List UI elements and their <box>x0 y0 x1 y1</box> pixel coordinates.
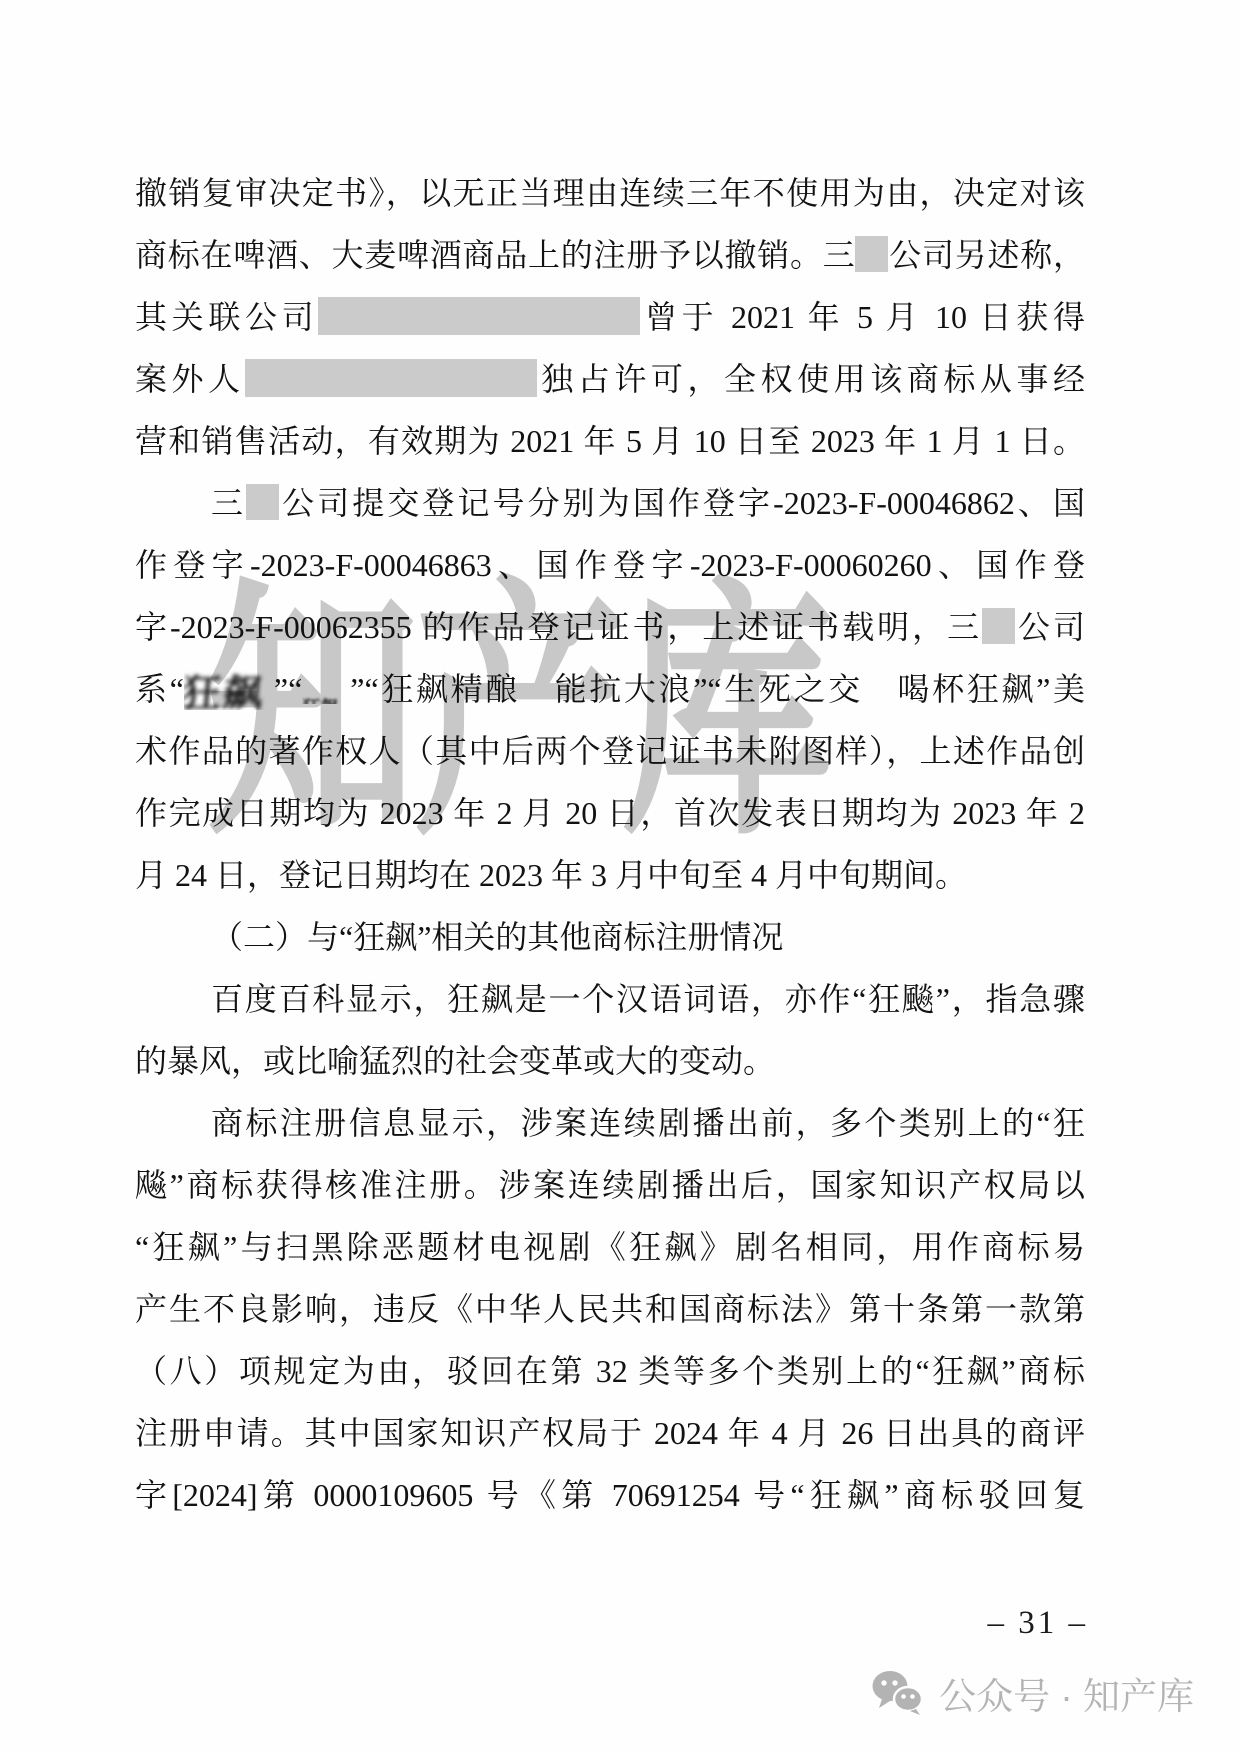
text-run: “狂飙”与扫黑除恶题材电视剧《狂飙》剧名相同，用作商标易 <box>135 1229 1085 1265</box>
text-run: ”“ <box>274 671 302 707</box>
document-line: 术作品的著作权人（其中后两个登记证书未附图样），上述作品创 <box>135 720 1085 782</box>
footer-label: 公众号 · 知产库 <box>939 1666 1194 1720</box>
text-run: 百度百科显示，狂飙是一个汉语词语，亦作“狂飈”，指急骤 <box>211 981 1085 1017</box>
page-number: – 31 – <box>988 1605 1089 1642</box>
document-line: 系“狂飙”“狂飙”“狂飙精酿 能抗大浪”“生死之交 喝杯狂飙”美 <box>135 658 1085 720</box>
document-content: 撤销复审决定书》，以无正当理由连续三年不使用为由，决定对该商标在啤酒、大麦啤酒商… <box>135 162 1085 1526</box>
document-line: 作登字-2023-F-00046863、国作登字-2023-F-00060260… <box>135 534 1085 596</box>
text-run: 案外人 <box>135 361 245 397</box>
document-line: 月 24 日，登记日期均在 2023 年 3 月中旬至 4 月中旬期间。 <box>135 844 1085 906</box>
document-line: 字-2023-F-00062355 的作品登记证书，上述证书载明，三公司 <box>135 596 1085 658</box>
document-line: 其关联公司曾于 2021 年 5 月 10 日获得 <box>135 286 1085 348</box>
text-run: 月 24 日，登记日期均在 2023 年 3 月中旬至 4 月中旬期间。 <box>135 857 967 893</box>
text-run: 曾于 2021 年 5 月 10 日获得 <box>640 299 1085 335</box>
trademark-image-small: 狂飙 <box>302 672 350 704</box>
document-line: 商标在啤酒、大麦啤酒商品上的注册予以撤销。三公司另述称， <box>135 224 1085 286</box>
wechat-icon <box>870 1670 926 1716</box>
text-run: 注册申请。其中国家知识产权局于 2024 年 4 月 26 日出具的商评 <box>135 1415 1085 1451</box>
text-run: ”“狂飙精酿 能抗大浪”“生死之交 喝杯狂飙”美 <box>350 671 1085 707</box>
text-run: 作完成日期均为 2023 年 2 月 20 日，首次发表日期均为 2023 年 … <box>135 795 1085 831</box>
document-line: 三公司提交登记号分别为国作登字-2023-F-00046862、国 <box>135 472 1085 534</box>
trademark-image-large: 狂飙 <box>184 664 274 710</box>
trademark-image-large-glyph: 狂飙 <box>184 673 266 710</box>
document-line: （二）与“狂飙”相关的其他商标注册情况 <box>135 906 1085 968</box>
text-run: 营和销售活动，有效期为 2021 年 5 月 10 日至 2023 年 1 月 … <box>135 423 1085 459</box>
text-run: 系“ <box>135 671 184 707</box>
redaction-box-small <box>982 608 1015 644</box>
document-line: 注册申请。其中国家知识产权局于 2024 年 4 月 26 日出具的商评 <box>135 1402 1085 1464</box>
redaction-box-small <box>246 484 279 520</box>
text-run: 的暴风，或比喻猛烈的社会变革或大的变动。 <box>135 1043 775 1079</box>
footer: 公众号 · 知产库 <box>870 1666 1194 1720</box>
document-line: 作完成日期均为 2023 年 2 月 20 日，首次发表日期均为 2023 年 … <box>135 782 1085 844</box>
document-line: 营和销售活动，有效期为 2021 年 5 月 10 日至 2023 年 1 月 … <box>135 410 1085 472</box>
redaction-box-wide <box>318 297 640 335</box>
text-run: 撤销复审决定书》，以无正当理由连续三年不使用为由，决定对该 <box>135 175 1085 211</box>
document-line: 的暴风，或比喻猛烈的社会变革或大的变动。 <box>135 1030 1085 1092</box>
text-run: 字[2024]第 0000109605 号《第 70691254 号“狂飙”商标… <box>135 1477 1085 1513</box>
text-run: 字-2023-F-00062355 的作品登记证书，上述证书载明，三 <box>135 609 982 645</box>
text-run: 作登字-2023-F-00046863、国作登字-2023-F-00060260… <box>135 547 1085 583</box>
document-line: （八）项规定为由，驳回在第 32 类等多个类别上的“狂飙”商标 <box>135 1340 1085 1402</box>
document-line: 产生不良影响，违反《中华人民共和国商标法》第十条第一款第 <box>135 1278 1085 1340</box>
text-run: 产生不良影响，违反《中华人民共和国商标法》第十条第一款第 <box>135 1291 1085 1327</box>
text-run: 公司提交登记号分别为国作登字-2023-F-00046862、国 <box>279 485 1085 521</box>
document-line: 飚”商标获得核准注册。涉案连续剧播出后，国家知识产权局以 <box>135 1154 1085 1216</box>
document-line: 字[2024]第 0000109605 号《第 70691254 号“狂飙”商标… <box>135 1464 1085 1526</box>
text-run: 独占许可，全权使用该商标从事经 <box>537 361 1085 397</box>
redaction-box-wide <box>245 359 537 397</box>
trademark-image-small-glyph: 狂飙 <box>302 694 338 704</box>
document-line: “狂飙”与扫黑除恶题材电视剧《狂飙》剧名相同，用作商标易 <box>135 1216 1085 1278</box>
text-run: 商标注册信息显示，涉案连续剧播出前，多个类别上的“狂 <box>211 1105 1085 1141</box>
text-run: 其关联公司 <box>135 299 318 335</box>
document-line: 案外人独占许可，全权使用该商标从事经 <box>135 348 1085 410</box>
text-run: 公司另述称， <box>888 237 1085 273</box>
document-line: 撤销复审决定书》，以无正当理由连续三年不使用为由，决定对该 <box>135 162 1085 224</box>
text-run: 公司 <box>1015 609 1085 645</box>
text-run: 三 <box>211 485 246 521</box>
document-line: 百度百科显示，狂飙是一个汉语词语，亦作“狂飈”，指急骤 <box>135 968 1085 1030</box>
redaction-box-small <box>855 236 888 272</box>
text-run: 术作品的著作权人（其中后两个登记证书未附图样），上述作品创 <box>135 733 1085 769</box>
text-run: 飚”商标获得核准注册。涉案连续剧播出后，国家知识产权局以 <box>135 1167 1085 1203</box>
text-run: 商标在啤酒、大麦啤酒商品上的注册予以撤销。三 <box>135 237 855 273</box>
text-run: （八）项规定为由，驳回在第 32 类等多个类别上的“狂飙”商标 <box>135 1353 1085 1389</box>
document-page: 知产库 撤销复审决定书》，以无正当理由连续三年不使用为由，决定对该商标在啤酒、大… <box>0 0 1240 1753</box>
text-run: （二）与“狂飙”相关的其他商标注册情况 <box>211 919 783 955</box>
document-line: 商标注册信息显示，涉案连续剧播出前，多个类别上的“狂 <box>135 1092 1085 1154</box>
